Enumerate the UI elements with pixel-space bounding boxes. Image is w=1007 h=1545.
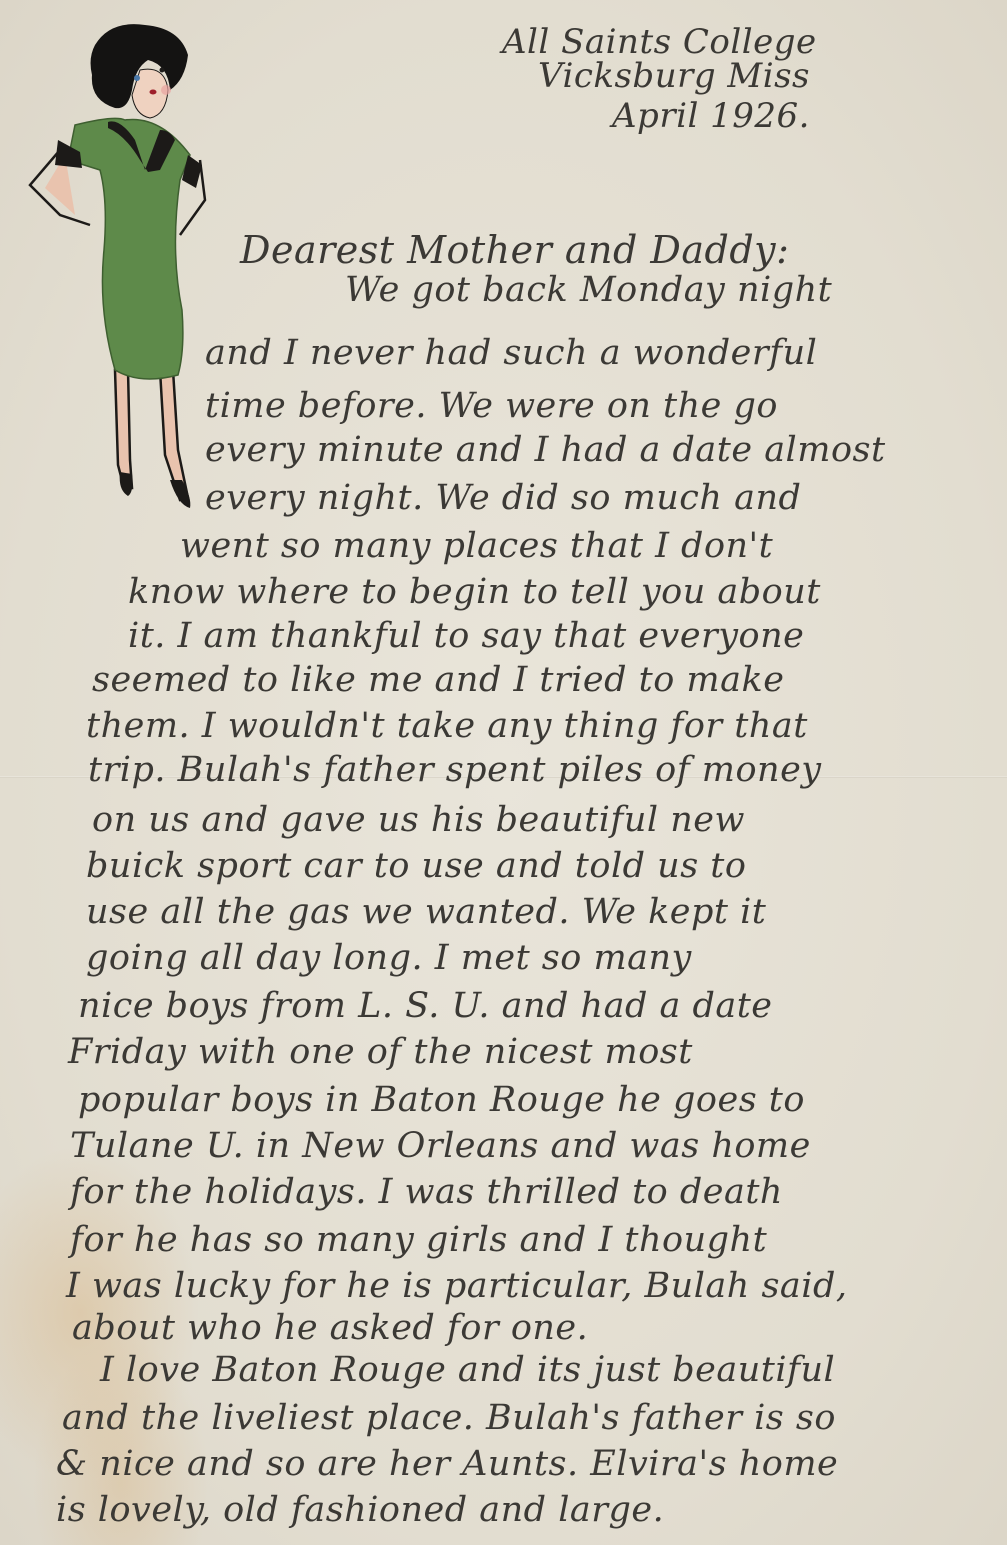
letter-line: for he has so many girls and I thought: [70, 1220, 767, 1260]
letter-line: use all the gas we wanted. We kept it: [86, 892, 766, 932]
letter-line: Friday with one of the nicest most: [68, 1032, 693, 1072]
letter-line: buick sport car to use and told us to: [86, 846, 746, 886]
letter-line: trip. Bulah's father spent piles of mone…: [88, 750, 822, 790]
letter-line: and I never had such a wonderful: [205, 333, 817, 373]
header-city: Vicksburg Miss: [538, 56, 810, 96]
letter-line: We got back Monday night: [345, 270, 832, 310]
woman-illustration-icon: [20, 10, 220, 510]
letter-line: I love Baton Rouge and its just beautifu…: [100, 1350, 835, 1390]
letter-line: went so many places that I don't: [180, 526, 773, 566]
letter-line: seemed to like me and I tried to make: [92, 660, 784, 700]
letter-line: I was lucky for he is particular, Bulah …: [66, 1266, 848, 1306]
letter-line: nice boys from L. S. U. and had a date: [78, 986, 773, 1026]
letter-line: know where to begin to tell you about: [128, 572, 821, 612]
letter-line: for the holidays. I was thrilled to deat…: [70, 1172, 783, 1212]
letter-line: on us and gave us his beautiful new: [92, 800, 745, 840]
letter-line: Tulane U. in New Orleans and was home: [70, 1126, 811, 1166]
header-date: April 1926.: [612, 96, 810, 136]
letter-line: it. I am thankful to say that everyone: [128, 616, 804, 656]
letter-line: and the liveliest place. Bulah's father …: [62, 1398, 836, 1438]
letter-line: time before. We were on the go: [205, 386, 778, 426]
letter-line: going all day long. I met so many: [86, 938, 692, 978]
letter-line: & nice and so are her Aunts. Elvira's ho…: [56, 1444, 838, 1484]
letter-line: every minute and I had a date almost: [205, 430, 886, 470]
letter-line: popular boys in Baton Rouge he goes to: [78, 1080, 805, 1120]
salutation: Dearest Mother and Daddy:: [240, 228, 789, 272]
letter-line: them. I wouldn't take any thing for that: [86, 706, 808, 746]
letter-line: about who he asked for one.: [72, 1308, 588, 1348]
letter-line: every night. We did so much and: [205, 478, 801, 518]
letter-line: is lovely, old fashioned and large.: [56, 1490, 664, 1530]
